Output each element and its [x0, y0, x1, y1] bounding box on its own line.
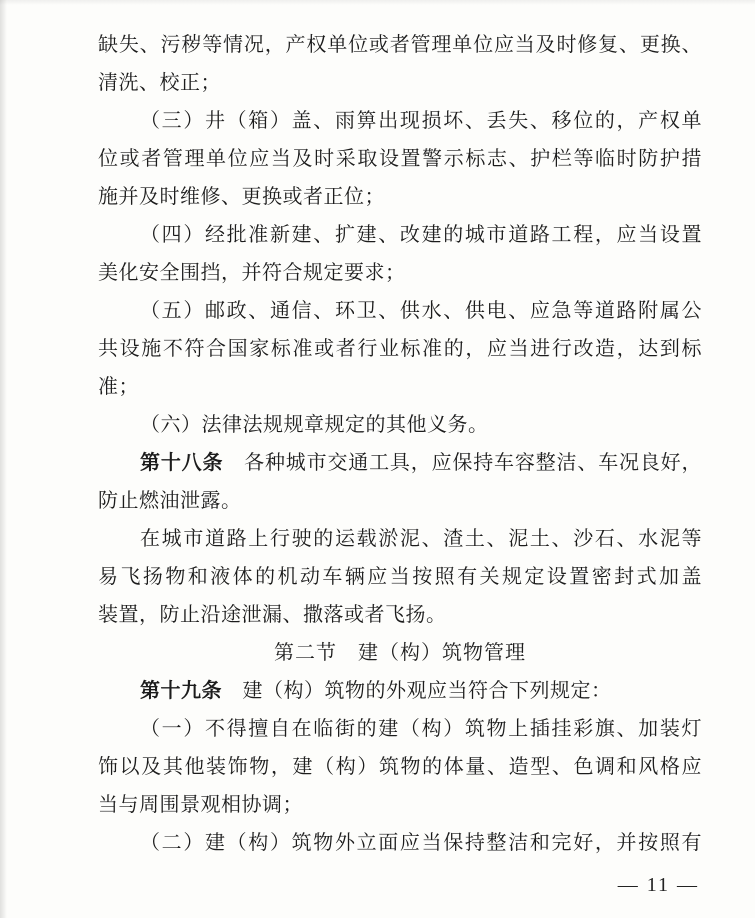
document-body: 缺失、污秽等情况，产权单位或者管理单位应当及时修复、更换、清洗、校正；（三）井（…: [98, 26, 702, 862]
text-line: 装置，防止沿途泄漏、撒落或者飞扬。: [98, 596, 702, 634]
article-number: 第十八条: [140, 452, 223, 474]
line-text: （五）邮政、通信、环卫、供水、供电、应急等道路附属公: [140, 300, 702, 322]
line-text: 装置，防止沿途泄漏、撒落或者飞扬。: [98, 604, 447, 626]
text-line: 易飞扬物和液体的机动车辆应当按照有关规定设置密封式加盖: [98, 558, 702, 596]
text-line: （三）井（箱）盖、雨箅出现损坏、丢失、移位的，产权单: [98, 102, 702, 140]
line-text: 在城市道路上行驶的运载淤泥、渣土、泥土、沙石、水泥等: [140, 528, 702, 550]
text-line: 位或者管理单位应当及时采取设置警示标志、护栏等临时防护措: [98, 140, 702, 178]
section-heading: 第二节 建（构）筑物管理: [98, 634, 702, 672]
line-text: 建（构）筑物的外观应当符合下列规定：: [222, 680, 612, 702]
text-line: 在城市道路上行驶的运载淤泥、渣土、泥土、沙石、水泥等: [98, 520, 702, 558]
line-text: （一）不得擅自在临街的建（构）筑物上插挂彩旗、加装灯: [140, 718, 702, 740]
text-line: 缺失、污秽等情况，产权单位或者管理单位应当及时修复、更换、: [98, 26, 702, 64]
text-line: 准；: [98, 368, 702, 406]
line-text: 准；: [98, 376, 139, 398]
line-text: 缺失、污秽等情况，产权单位或者管理单位应当及时修复、更换、: [98, 34, 702, 56]
line-text: 各种城市交通工具，应保持车容整洁、车况良好，: [223, 452, 702, 474]
line-text: （三）井（箱）盖、雨箅出现损坏、丢失、移位的，产权单: [140, 110, 702, 132]
line-text: 防止燃油泄露。: [98, 490, 242, 512]
line-text: 易飞扬物和液体的机动车辆应当按照有关规定设置密封式加盖: [98, 566, 702, 588]
line-text: 清洗、校正；: [98, 72, 221, 94]
line-text: 共设施不符合国家标准或者行业标准的，应当进行改造，达到标: [98, 338, 702, 360]
line-text: （二）建（构）筑物外立面应当保持整洁和完好，并按照有: [140, 832, 702, 854]
text-line: 当与周围景观相协调；: [98, 786, 702, 824]
article-number: 第十九条: [140, 680, 222, 702]
text-line: 施并及时维修、更换或者正位；: [98, 178, 702, 216]
text-line: 共设施不符合国家标准或者行业标准的，应当进行改造，达到标: [98, 330, 702, 368]
text-line: 美化安全围挡，并符合规定要求；: [98, 254, 702, 292]
text-line: 清洗、校正；: [98, 64, 702, 102]
scanned-document-page: 缺失、污秽等情况，产权单位或者管理单位应当及时修复、更换、清洗、校正；（三）井（…: [0, 0, 755, 918]
line-text: 饰以及其他装饰物，建（构）筑物的体量、造型、色调和风格应: [98, 756, 702, 778]
line-text: 美化安全围挡，并符合规定要求；: [98, 262, 406, 284]
text-line: （六）法律法规规章规定的其他义务。: [98, 406, 702, 444]
line-text: 施并及时维修、更换或者正位；: [98, 186, 385, 208]
text-line: 第十九条 建（构）筑物的外观应当符合下列规定：: [98, 672, 702, 710]
text-line: （二）建（构）筑物外立面应当保持整洁和完好，并按照有: [98, 824, 702, 862]
page-number: — 11 —: [618, 874, 699, 897]
line-text: （四）经批准新建、扩建、改建的城市道路工程，应当设置: [140, 224, 702, 246]
text-line: （一）不得擅自在临街的建（构）筑物上插挂彩旗、加装灯: [98, 710, 702, 748]
line-text: 当与周围景观相协调；: [98, 794, 303, 816]
text-line: （四）经批准新建、扩建、改建的城市道路工程，应当设置: [98, 216, 702, 254]
text-line: 防止燃油泄露。: [98, 482, 702, 520]
line-text: 第二节 建（构）筑物管理: [274, 642, 526, 664]
text-line: （五）邮政、通信、环卫、供水、供电、应急等道路附属公: [98, 292, 702, 330]
line-text: 位或者管理单位应当及时采取设置警示标志、护栏等临时防护措: [98, 148, 702, 170]
text-line: 饰以及其他装饰物，建（构）筑物的体量、造型、色调和风格应: [98, 748, 702, 786]
text-line: 第十八条 各种城市交通工具，应保持车容整洁、车况良好，: [98, 444, 702, 482]
line-text: （六）法律法规规章规定的其他义务。: [140, 414, 489, 436]
